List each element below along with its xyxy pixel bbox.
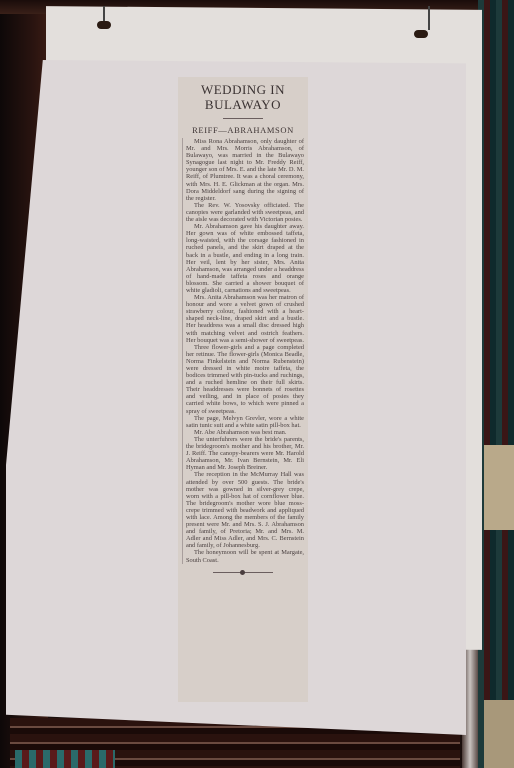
hook-wire [428, 6, 430, 30]
headline: WEDDING IN BULAWAYO [182, 82, 304, 112]
headline-line: WEDDING IN [182, 82, 304, 97]
headline-line: BULAWAYO [182, 97, 304, 112]
paragraph: The reception in the McMurray Hall was a… [186, 471, 304, 549]
background-books [15, 750, 115, 768]
article-body: Miss Rona Abrahamson, only daughter of M… [182, 138, 304, 564]
paragraph: Mrs. Anita Abrahamson was her matron of … [186, 294, 304, 344]
hook-wire [103, 6, 105, 22]
hook-icon [414, 30, 428, 38]
paragraph: The page, Melvyn Grevler, wore a white s… [186, 415, 304, 429]
paragraph: The honeymoon will be spent at Margate, … [186, 549, 304, 563]
background-panel [484, 700, 514, 768]
background-shelf [478, 0, 514, 768]
paragraph: The Rev. W. Yosovsky officiated. The can… [186, 202, 304, 223]
paragraph: Mr. Abe Abrahamson was best man. [186, 429, 304, 436]
hook-icon [97, 21, 111, 29]
subheading: REIFF—ABRAHAMSON [182, 125, 304, 135]
paragraph: Three flower-girls and a page completed … [186, 344, 304, 415]
end-divider [213, 572, 273, 573]
paragraph: Miss Rona Abrahamson, only daughter of M… [186, 138, 304, 202]
paragraph: The unterfuhrers were the bride's parent… [186, 436, 304, 471]
divider [223, 118, 263, 119]
newspaper-clipping: WEDDING IN BULAWAYO REIFF—ABRAHAMSON Mis… [178, 77, 308, 702]
background-panel [484, 445, 514, 530]
paragraph: Mr. Abrahamson gave his daughter away. H… [186, 223, 304, 294]
